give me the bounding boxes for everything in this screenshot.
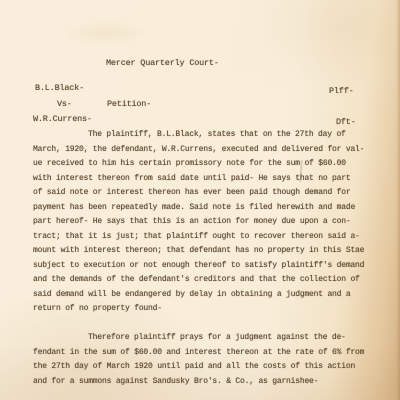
document-body: The plaintiff, B.L.Black, states that on… bbox=[33, 128, 377, 389]
document-title: Mercer Quarterly Court- bbox=[106, 58, 219, 68]
text-line: tract; that it is just; that plaintiff o… bbox=[33, 230, 377, 245]
caption-versus: Vs- bbox=[57, 99, 72, 109]
aged-paper-document: Mercer Quarterly Court- B.L.Black- Plff-… bbox=[0, 0, 400, 400]
paper-right-edge-shadow bbox=[396, 0, 400, 400]
paragraph-allegations: The plaintiff, B.L.Black, states that on… bbox=[33, 128, 377, 317]
caption-defendant-name: W.R.Currens- bbox=[33, 114, 92, 124]
text-line: mount with interest thereon; that defend… bbox=[33, 244, 377, 259]
text-line: March, 1920, the defendant, W.R.Currens,… bbox=[33, 143, 377, 158]
caption-pleading-type: Petition- bbox=[107, 99, 151, 109]
text-line: said demand will be endangered by delay … bbox=[33, 288, 377, 303]
caption-plaintiff-label: Plff- bbox=[329, 86, 354, 96]
text-line: The plaintiff, B.L.Black, states that on… bbox=[33, 128, 377, 143]
text-line: Therefore plaintiff prays for a judgment… bbox=[33, 331, 377, 346]
text-line: part hereof- He says that this is an act… bbox=[33, 215, 377, 230]
caption-plaintiff-name: B.L.Black- bbox=[35, 83, 84, 93]
caption-defendant-label: Dft- bbox=[336, 117, 356, 127]
paragraph-prayer: Therefore plaintiff prays for a judgment… bbox=[33, 331, 377, 389]
text-line: ue received to him his certain promissor… bbox=[33, 157, 377, 172]
text-line: with interest thereon from said date unt… bbox=[33, 172, 377, 187]
text-line: return of no property found- bbox=[33, 302, 377, 317]
text-line: and for a summons against Sandusky Bro's… bbox=[33, 375, 377, 390]
paper-stain bbox=[60, 20, 150, 46]
text-line: the 27th day of March 1920 until paid an… bbox=[33, 360, 377, 375]
text-line: of said note or interest thereon has eve… bbox=[33, 186, 377, 201]
text-line: subject to execution or not enough there… bbox=[33, 259, 377, 274]
text-line: fendant in the sum of $60.00 and interes… bbox=[33, 346, 377, 361]
text-line: payment has been repeatedly made. Said n… bbox=[33, 201, 377, 216]
text-line: and the demands of the defendant's credi… bbox=[33, 273, 377, 288]
